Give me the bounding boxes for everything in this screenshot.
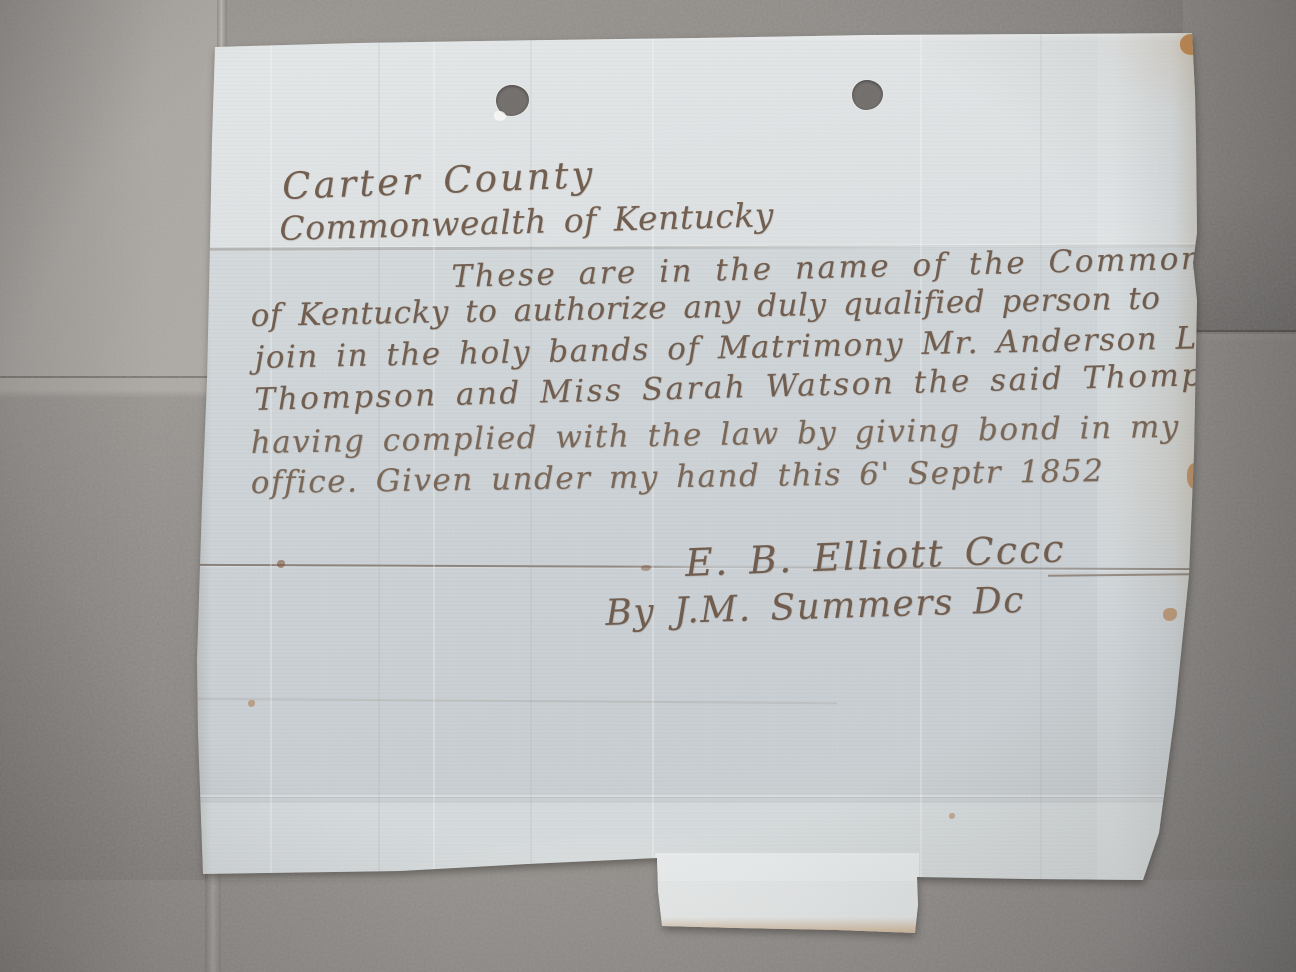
rust-stain-top-right-corner xyxy=(1180,34,1204,55)
paper-edge-tint-right xyxy=(1173,33,1199,935)
fold-crease-lower xyxy=(197,698,837,704)
rust-dot-lower-left xyxy=(248,700,255,707)
deputy-signature: By J.M. Summers Dc xyxy=(605,580,1026,634)
handwritten-body-line-6: office. Given under my hand this 6' Sept… xyxy=(250,453,1104,501)
photo-scene: Carter County Commonwealth of Kentucky T… xyxy=(0,0,1296,972)
fold-crease-vertical-5 xyxy=(652,33,654,881)
rust-stain-right-edge-1 xyxy=(1187,463,1203,489)
paper-highlight-bottom xyxy=(197,803,1199,881)
rust-stain-right-edge-3 xyxy=(1182,643,1195,675)
punch-hole-tear-notch xyxy=(494,111,506,121)
paper-edge-shade-left xyxy=(197,33,211,935)
paper-bottom-tab xyxy=(655,853,919,935)
rust-spot-crease-mid xyxy=(641,565,651,571)
document-paper: Carter County Commonwealth of Kentucky T… xyxy=(197,33,1199,935)
rust-stain-tab-edge xyxy=(659,917,917,933)
fold-crease-bottom xyxy=(197,795,1199,797)
rust-dot-lower-right xyxy=(949,813,955,819)
rust-spot-crease-left xyxy=(277,560,285,568)
handwritten-line-county: Carter County xyxy=(281,153,596,208)
clerk-signature: E. B. Elliott Cccc xyxy=(684,526,1066,585)
paper-highlight-right xyxy=(1097,33,1199,883)
paper-shadow-wrap: Carter County Commonwealth of Kentucky T… xyxy=(0,0,1296,972)
pen-flourish xyxy=(1048,573,1194,577)
paper-edge-light-top xyxy=(197,33,1199,42)
rust-stain-right-edge-2 xyxy=(1163,608,1177,621)
punch-hole-right xyxy=(852,80,883,110)
